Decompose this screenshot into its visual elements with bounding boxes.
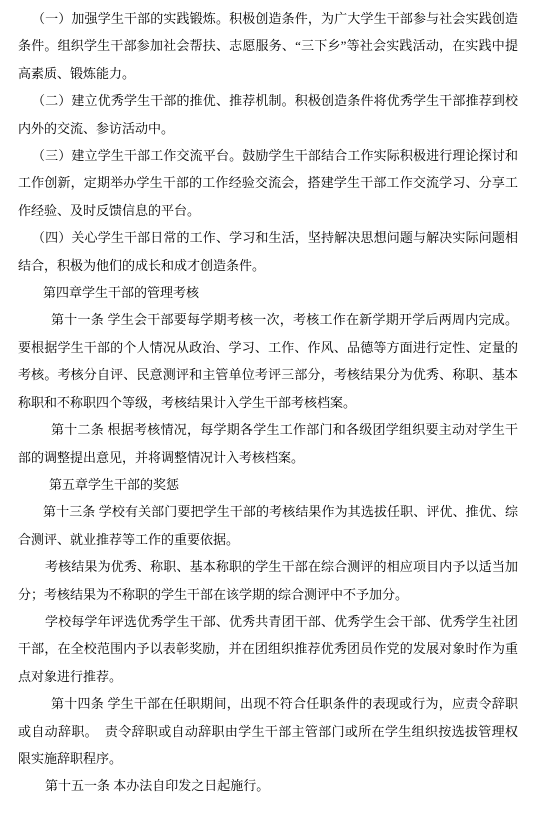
paragraph-item-1: （一）加强学生干部的实践锻炼。积极创造条件，为广大学生干部参与社会实践创造条件。… — [18, 5, 518, 87]
paragraph-article-13: 第十三条 学校有关部门要把学生干部的考核结果作为其选拔任职、评优、推优、综合测评… — [18, 498, 518, 553]
chapter-heading-5: 第五章学生干部的奖惩 — [18, 471, 518, 498]
document-page: （一）加强学生干部的实践锻炼。积极创造条件，为广大学生干部参与社会实践创造条件。… — [0, 0, 554, 822]
paragraph-item-2: （二）建立优秀学生干部的推优、推荐机制。积极创造条件将优秀学生干部推荐到校内外的… — [18, 87, 518, 142]
chapter-heading-4: 第四章学生干部的管理考核 — [18, 279, 518, 306]
paragraph-item-4: （四）关心学生干部日常的工作、学习和生活，坚持解决思想问题与解决实际问题相结合，… — [18, 224, 518, 279]
paragraph-item-3: （三）建立学生干部工作交流平台。鼓励学生干部结合工作实际积极进行理论探讨和工作创… — [18, 142, 518, 224]
paragraph-article-14: 第十四条 学生干部在任职期间，出现不符合任职条件的表现或行为，应责令辞职或自动辞… — [18, 690, 518, 772]
paragraph-article-12: 第十二条 根据考核情况，每学期各学生工作部门和各级团学组织要主动对学生干部的调整… — [18, 416, 518, 471]
paragraph-article-11: 第十一条 学生会干部要每学期考核一次，考核工作在新学期开学后两周内完成。要根据学… — [18, 306, 518, 416]
paragraph-appraisal-bonus: 考核结果为优秀、称职、基本称职的学生干部在综合测评的相应项目内予以适当加分；考核… — [18, 553, 518, 608]
paragraph-annual-awards: 学校每学年评选优秀学生干部、优秀共青团干部、优秀学生会干部、优秀学生社团干部，在… — [18, 608, 518, 690]
paragraph-article-15: 第十五一条 本办法自印发之日起施行。 — [18, 772, 518, 799]
